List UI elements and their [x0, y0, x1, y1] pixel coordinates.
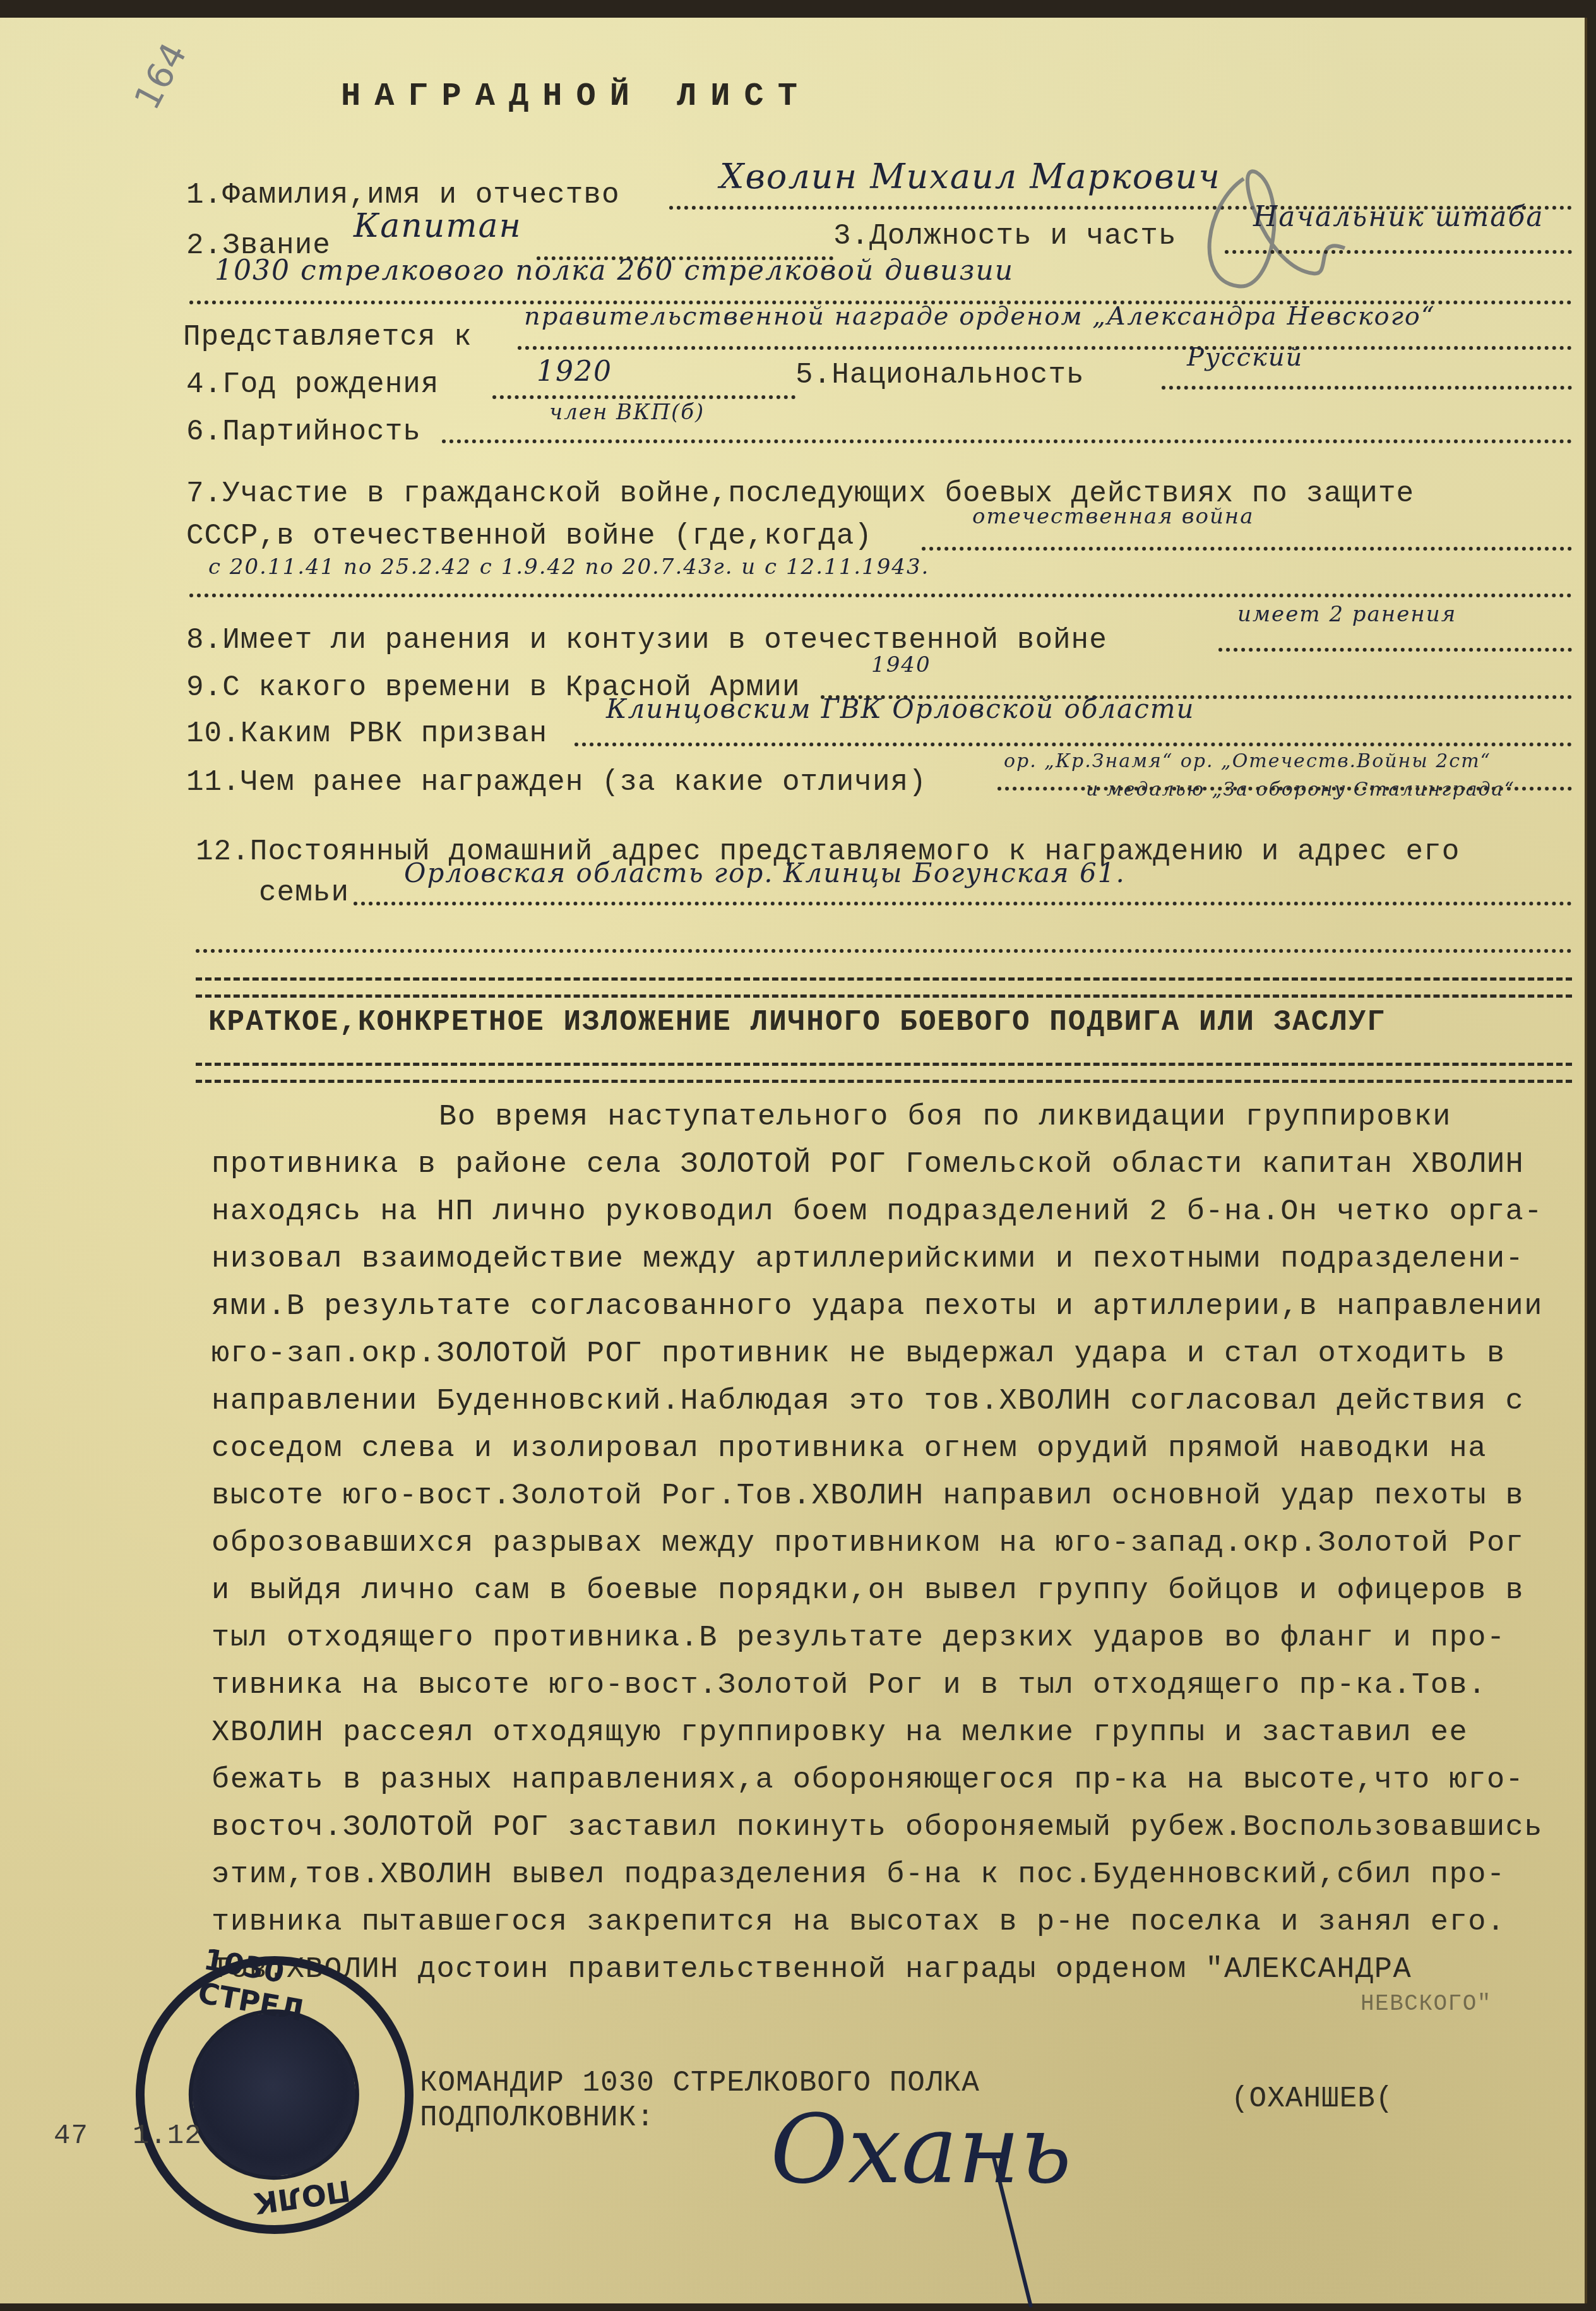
dotted-line [1218, 648, 1572, 652]
narrative-line: низовал взаимодействие между артиллерийс… [211, 1243, 1524, 1276]
field-3-value: Начальник штаба [1253, 201, 1544, 233]
field-5-value: Русский [1187, 343, 1303, 372]
narrative-line: противника в районе села ЗОЛОТОЙ РОГ Гом… [211, 1148, 1524, 1181]
dotted-line [189, 594, 1572, 597]
section-header: КРАТКОЕ,КОНКРЕТНОЕ ИЗЛОЖЕНИЕ ЛИЧНОГО БОЕ… [208, 1006, 1386, 1039]
field-11-value-line1: ор. „Кр.Знамя“ ор. „Отечеств.Войны 2ст“ [1004, 750, 1491, 772]
field-6-label: 6.Партийность [186, 415, 421, 448]
narrative-line: находясь на НП лично руководил боем подр… [211, 1195, 1543, 1229]
dotted-line [518, 346, 1572, 350]
narrative-line: этим,тов.ХВОЛИН вывел подразделения б-на… [211, 1858, 1506, 1892]
field-9-value: 1940 [871, 652, 931, 678]
field-8-value: имеет 2 ранения [1237, 602, 1456, 627]
separator [196, 977, 1572, 998]
narrative-line: соседом слева и изолировал противника ог… [211, 1432, 1487, 1466]
field-10-label: 10.Каким РВК призван [186, 717, 547, 750]
field-6-value: член ВКП(б) [549, 400, 705, 425]
field-12-value: Орловская область гор. Клинцы Богунская … [404, 857, 1126, 888]
dotted-line [1162, 386, 1572, 390]
field-2-value: Капитан [354, 207, 522, 245]
commander-name: (ОХАНШЕВ( [1231, 2082, 1393, 2115]
field-8-label: 8.Имеет ли ранения и контузии в отечеств… [186, 624, 1107, 657]
regiment-stamp: 1030 СТРЕЛ ПОЛК [118, 1938, 432, 2252]
dotted-line [575, 743, 1572, 746]
narrative-line: высоте юго-вост.Золотой Рог.Тов.ХВОЛИН н… [211, 1479, 1524, 1513]
presented-value: правительственной награде орденом „Алекс… [524, 302, 1435, 331]
narrative-line: направлении Буденновский.Наблюдая это то… [211, 1385, 1524, 1418]
field-7-value-line2: с 20.11.41 по 25.2.42 с 1.9.42 по 20.7.4… [208, 554, 929, 580]
dotted-line [442, 439, 1572, 443]
dotted-line [354, 902, 1572, 905]
archive-number-left: 47 [54, 2120, 88, 2152]
field-4-label: 4.Год рождения [186, 368, 439, 401]
archive-number-right: 1.12 [133, 2120, 202, 2152]
dotted-line [997, 787, 1572, 791]
field-11-label: 11.Чем ранее награжден (за какие отличия… [186, 766, 927, 799]
narrative-line: тивника пытавшегося закрепится на высота… [211, 1906, 1506, 1939]
narrative-line: восточ.ЗОЛОТОЙ РОГ заставил покинуть обо… [211, 1811, 1543, 1844]
page-title: НАГРАДНОЙ ЛИСТ [341, 78, 811, 115]
narrative-line: тыл отходящего противника.В результате д… [211, 1621, 1506, 1655]
award-sheet-page: 164 НАГРАДНОЙ ЛИСТ 1.Фамилия,имя и отчес… [0, 18, 1587, 2303]
narrative-line: ями.В результате согласованного удара пе… [211, 1290, 1543, 1323]
dotted-line [1225, 250, 1572, 254]
narrative-line: юго-зап.окр.ЗОЛОТОЙ РОГ противник не выд… [211, 1337, 1506, 1371]
field-4-value: 1920 [537, 355, 612, 388]
field-3-value-continued: 1030 стрелкового полка 260 стрелковой ди… [215, 254, 1014, 287]
field-7-label-line2: СССР,в отечественной войне (где,когда) [186, 520, 872, 552]
dotted-line [492, 395, 795, 399]
separator [196, 1063, 1572, 1083]
margin-note: 164 [126, 36, 195, 117]
field-5-label: 5.Национальность [795, 359, 1085, 391]
narrative-tail: НЕВСКОГО" [1361, 1991, 1492, 2017]
stamp-bottom-text: ПОЛК [252, 2173, 352, 2221]
signature-line-2: ПОДПОЛКОВНИК: [420, 2101, 655, 2134]
narrative-line: бежать в разных направлениях,а обороняющ… [211, 1764, 1524, 1797]
field-3-label: 3.Должность и часть [833, 220, 1177, 253]
dotted-line [196, 949, 1572, 953]
field-1-value: Хволин Михаил Маркович [720, 157, 1221, 196]
presented-label: Представляется к [183, 321, 472, 354]
commander-signature: Охань [770, 2095, 1071, 2205]
narrative-line: и выйдя лично сам в боевые порядки,он вы… [211, 1574, 1524, 1608]
field-10-value: Клинцовским ГВК Орловской области [606, 693, 1195, 724]
field-7-value-line1: отечественная война [972, 504, 1254, 529]
dotted-line [922, 547, 1572, 551]
narrative-line: ХВОЛИН рассеял отходящую группировку на … [211, 1716, 1468, 1750]
narrative-line: Во время наступательного боя по ликвидац… [439, 1101, 1451, 1134]
narrative-line: оброзовавшихся разрывах между противнико… [211, 1527, 1524, 1560]
field-12-label-line2: семьи [259, 876, 349, 909]
narrative-line: тивника на высоте юго-вост.Золотой Рог и… [211, 1669, 1487, 1702]
